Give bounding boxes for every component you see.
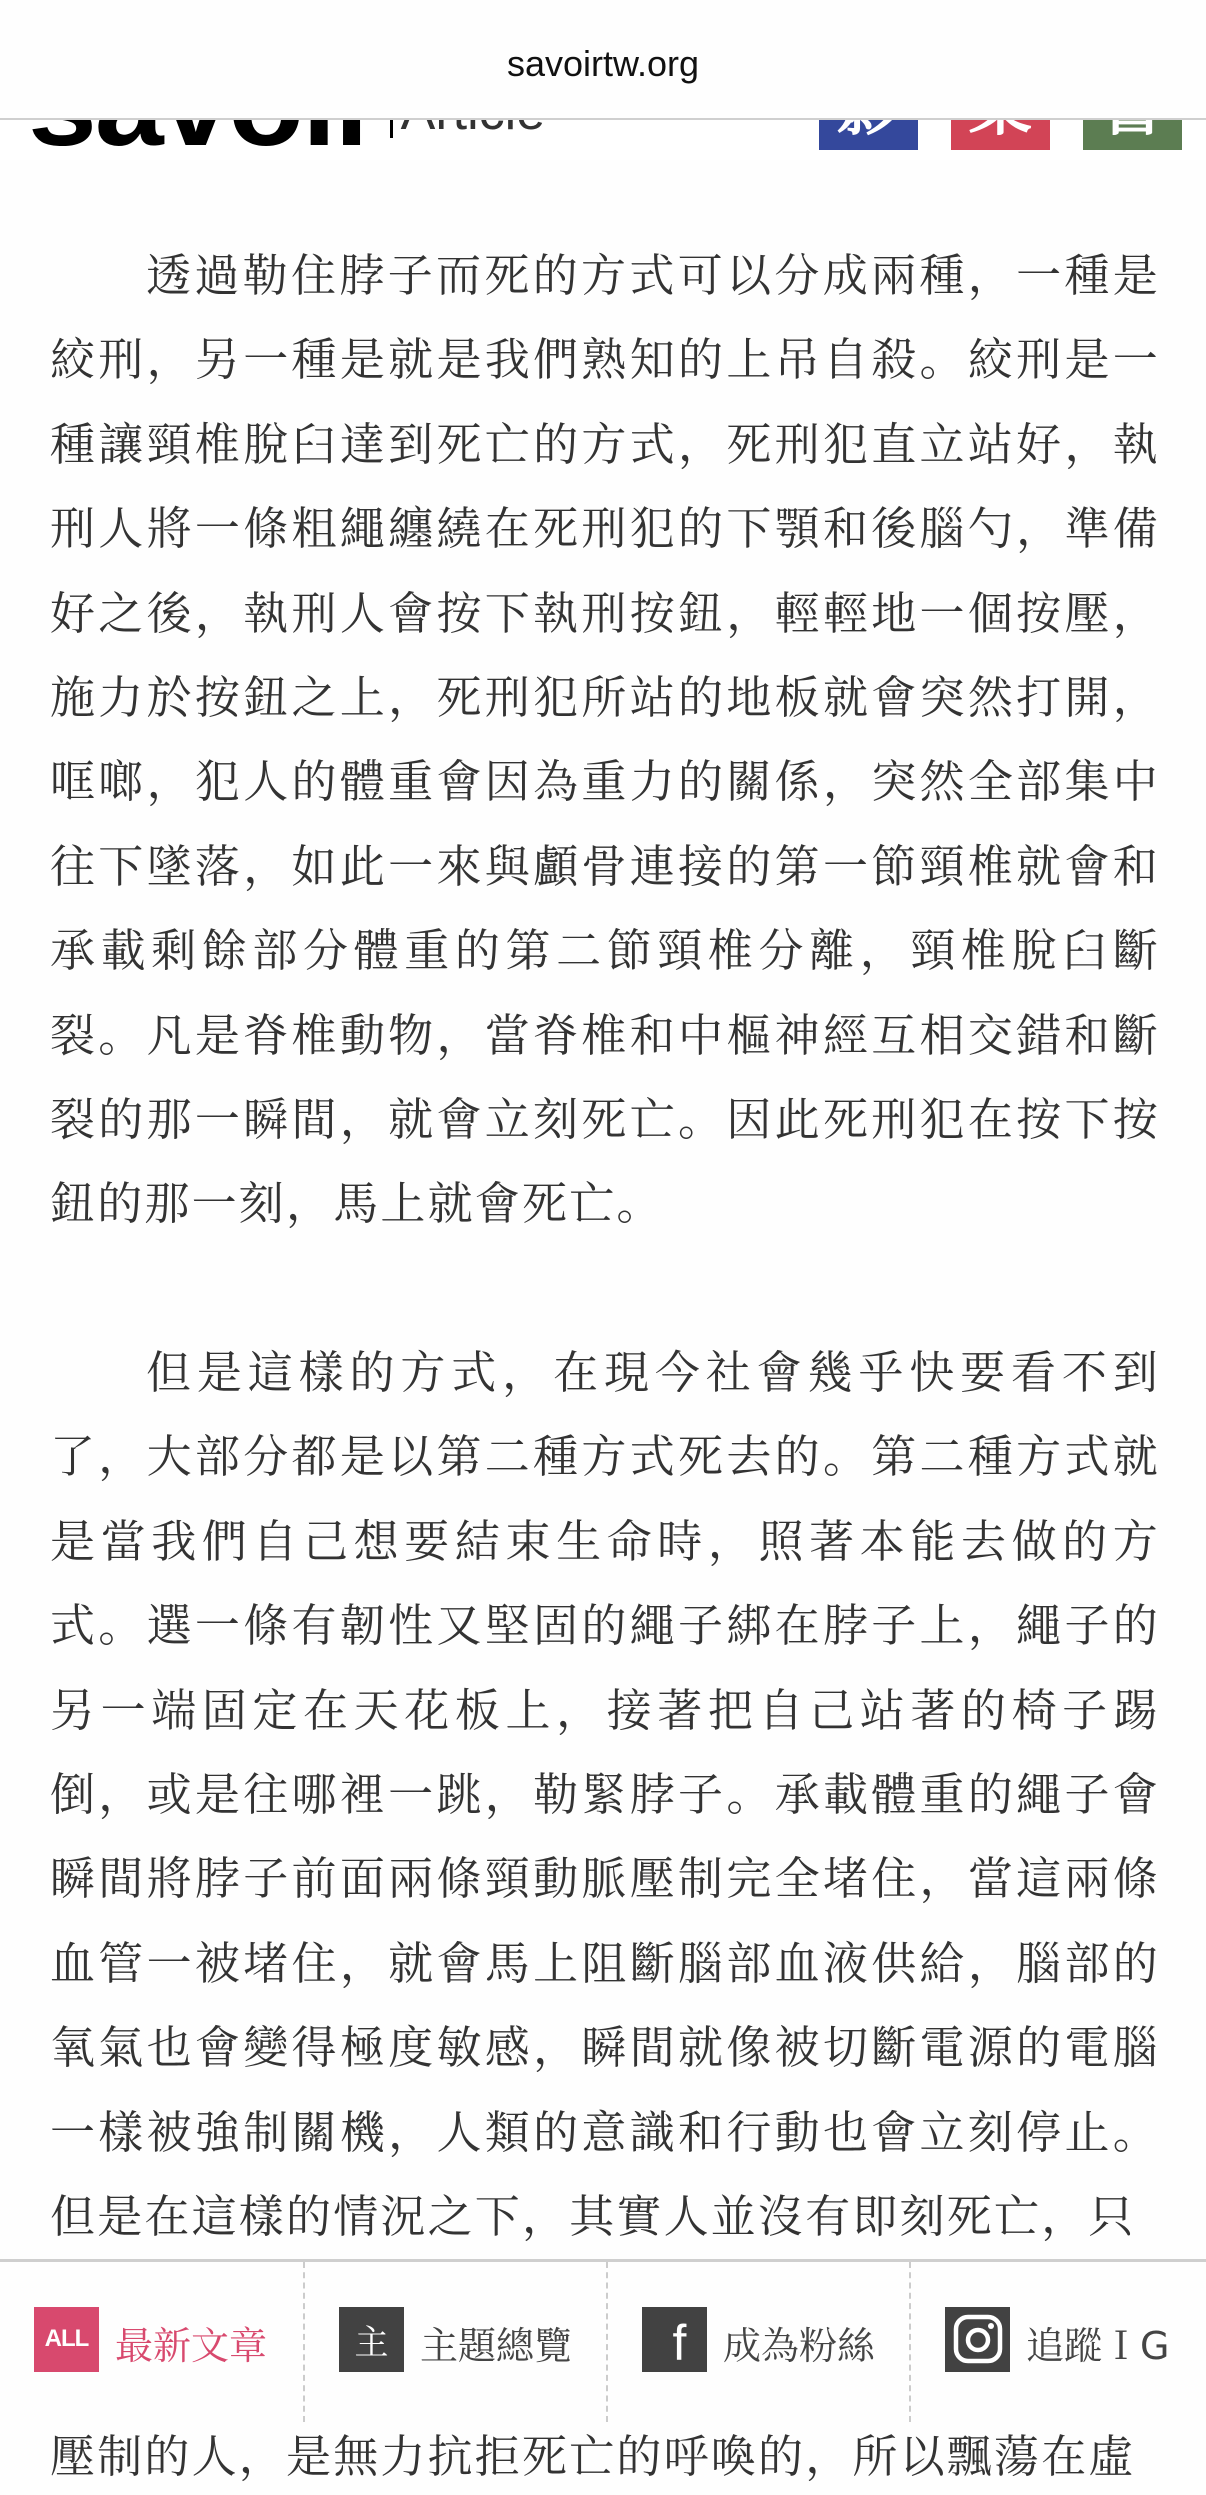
article-paragraph: 透過勒住脖子而死的方式可以分成兩種，一種是絞刑，另一種是就是我們熟知的上吊自殺。… <box>50 234 1160 1247</box>
all-icon: ALL <box>34 2307 99 2372</box>
tab-label: 最新文章 <box>115 2315 267 2370</box>
article-continued-line: 壓制的人，是無力抗拒死亡的呼喚的，所以飄蕩在虛 <box>50 2419 1160 2495</box>
tab-label: 追蹤ＩG <box>1026 2315 1169 2370</box>
tab-latest-articles[interactable]: ALL 最新文章 <box>0 2262 303 2422</box>
browser-address-bar[interactable]: savoirtw.org <box>0 0 1206 120</box>
topic-icon: 主 <box>339 2307 404 2372</box>
article-paragraph: 但是這樣的方式，在現今社會幾乎快要看不到了，大部分都是以第二種方式死去的。第二種… <box>50 1331 1160 2259</box>
tab-facebook-fan[interactable]: f 成為粉絲 <box>606 2262 909 2422</box>
article-body: 透過勒住脖子而死的方式可以分成兩種，一種是絞刑，另一種是就是我們熟知的上吊自殺。… <box>50 234 1160 2259</box>
bottom-nav-bar: ALL 最新文章 主 主題總覽 f 成為粉絲 追蹤ＩG <box>0 2259 1206 2422</box>
tab-follow-instagram[interactable]: 追蹤ＩG <box>909 2262 1206 2422</box>
url-text: savoirtw.org <box>507 43 699 85</box>
facebook-icon: f <box>642 2307 707 2372</box>
instagram-icon <box>945 2307 1010 2372</box>
tab-topics-overview[interactable]: 主 主題總覽 <box>303 2262 606 2422</box>
tab-label: 成為粉絲 <box>723 2315 875 2370</box>
tab-label: 主題總覽 <box>420 2315 572 2370</box>
